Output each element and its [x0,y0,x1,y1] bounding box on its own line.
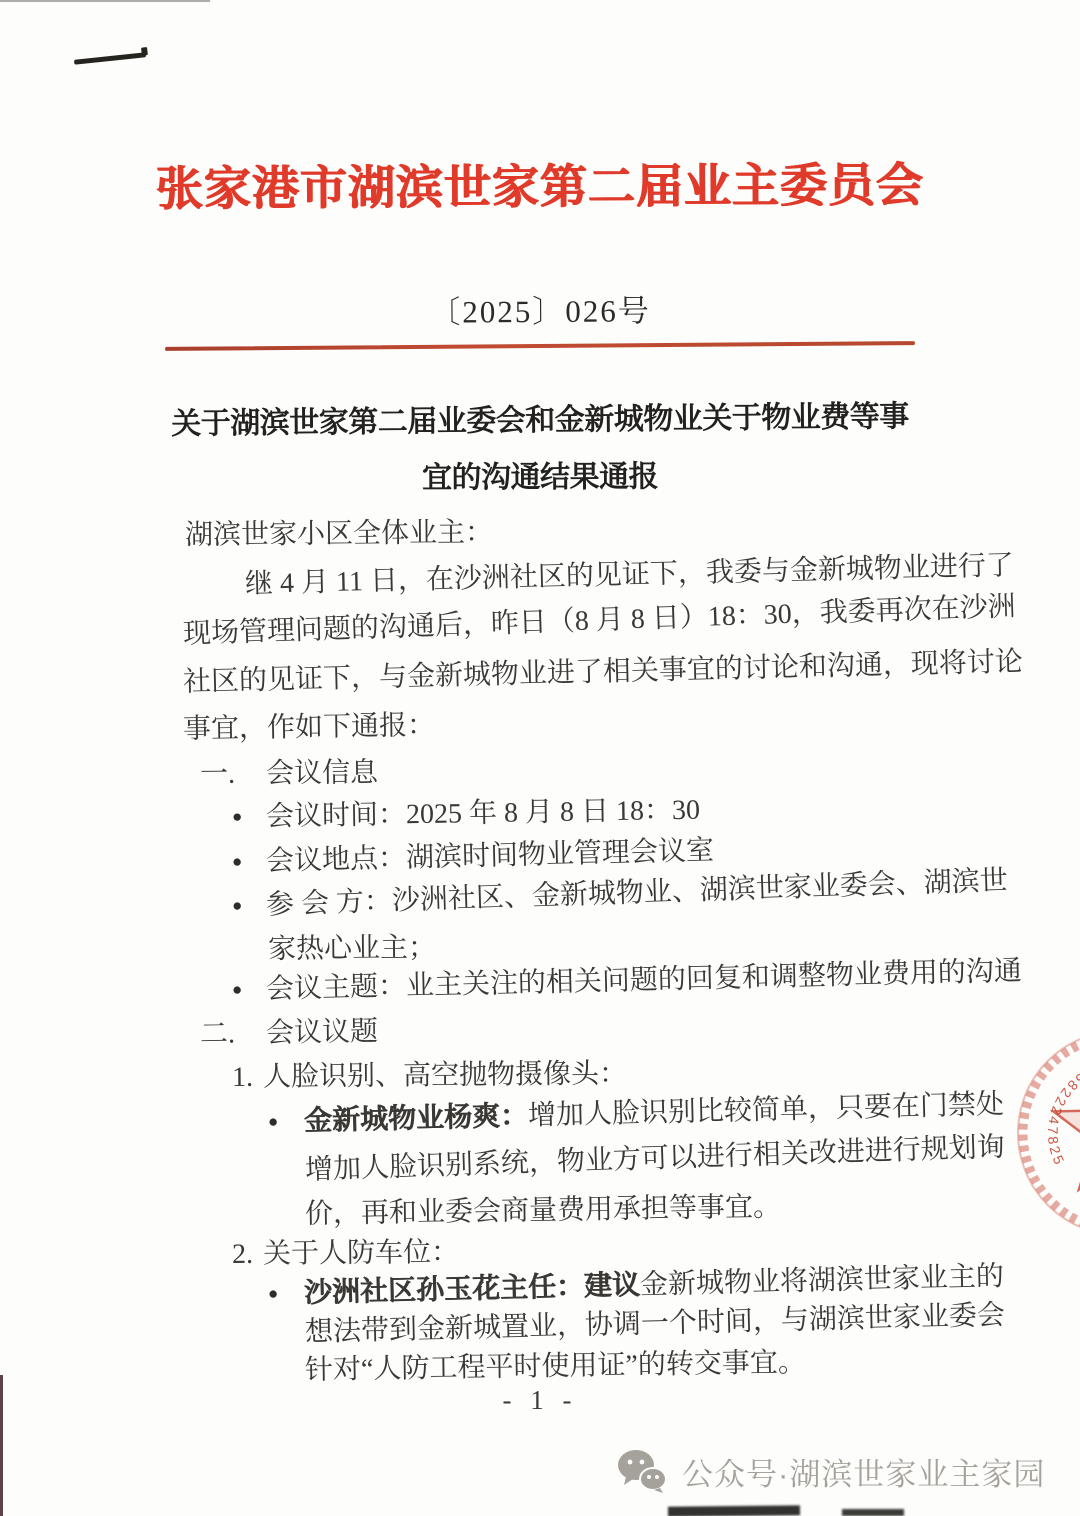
scanned-document-page: 张家港市湖滨世家第二届业主委员会 〔2025〕026号 关于湖滨世家第二届业委会… [0,0,1080,1516]
letterhead-org-title: 张家港市湖滨世家第二届业主委员会 [0,147,1080,220]
bullet-item-meeting-time: ●会议时间：2025 年 8 月 8 日 18：30 [232,788,701,835]
document-title-line2: 宜的沟通结果通报 [0,449,1080,499]
seal-number-arc: 3205822247825 [1045,1058,1080,1169]
section-heading-1: 一.会议信息 [200,750,378,792]
scan-top-edge-line [0,0,210,2]
seal-outer-text-ring [1023,1036,1080,1230]
line-text: 价，再和业委会商量费用承担等事宜。 [305,1192,781,1230]
page-number: - 1 - [0,1385,1080,1416]
seal-rim [1018,1031,1080,1235]
bullet-continuation: 针对“人防工程平时使用证”的转交事宜。 [305,1340,806,1388]
paragraph-line: 社区的见证下，与金新城物业进了相关事宜的讨论和沟通，现将讨论 [183,639,1024,700]
line-text: 社区的见证下，与金新城物业进了相关事宜的讨论和沟通，现将讨论 [183,646,1024,698]
section-marker: 一. [200,751,266,792]
line-text: 会议时间：2025 年 8 月 8 日 18：30 [266,795,700,833]
document-title-line1: 关于湖滨世家第二届业委会和金新城物业关于物业费等事 [0,389,1080,444]
bullet-dot-icon: ● [268,1111,304,1132]
line-text: 想法带到金新城置业，协调一个时间，与湖滨世家业委会 [305,1300,1006,1348]
bullet-continuation: 家热心业主； [268,926,436,967]
line-text: 人脸识别、高空抛物摄像头： [263,1059,627,1093]
line-text: 湖滨世家小区全体业主： [185,517,493,551]
line-text: 关于人防车位： [263,1237,459,1270]
letterhead-red-rule [165,341,915,351]
line-text: 针对“人防工程平时使用证”的转交事宜。 [305,1347,806,1386]
wechat-icon [616,1448,668,1494]
bullet-dot-icon: ● [232,806,266,827]
numbered-item-1: 1.人脸识别、高空抛物摄像头： [232,1052,627,1095]
scan-pen-mark [74,52,146,64]
numbered-item-2: 2.关于人防车位： [232,1230,459,1272]
line-text: 家热心业主； [268,933,436,965]
line-text: 会议信息 [266,757,378,789]
scan-left-edge [0,1375,3,1516]
seal-number-text: 3205822247825 [1045,1058,1080,1169]
paragraph-line: 事宜，作如下通报： [183,703,436,747]
line-text: 事宜，作如下通报： [183,710,435,745]
footer-watermark: 公众号·湖滨世家业主家园 [616,1448,1045,1494]
line-text: 增加人脸识别系统，物业方可以进行相关改进进行规划询 [305,1132,1006,1186]
document-number: 〔2025〕026号 [0,282,1080,335]
line-text: 增加人脸识别比较简单，只要在门禁处 [528,1089,1005,1132]
section-heading-2: 二.会议议题 [200,1009,379,1052]
line-text: 会议议题 [266,1016,378,1049]
bullet-dot-icon: ● [232,979,266,1000]
bullet-continuation: 价，再和业委会商量费用承担等事宜。 [305,1185,782,1232]
bullet-dot-icon: ● [268,1283,304,1304]
item-number: 1. [232,1062,253,1094]
bottom-smudge [842,1509,904,1516]
bullet-dot-icon: ● [232,851,266,872]
footer-account-label: 公众号·湖滨世家业主家园 [682,1449,1045,1494]
bullet-dot-icon: ● [232,895,267,916]
section-marker: 二. [200,1011,267,1052]
salutation: 湖滨世家小区全体业主： [185,510,493,553]
item-number: 2. [232,1239,253,1271]
bottom-smudge [668,1505,800,1516]
seal-star-icon [1053,1063,1080,1190]
speaker-name: 金新城物业杨爽： [304,1101,529,1137]
